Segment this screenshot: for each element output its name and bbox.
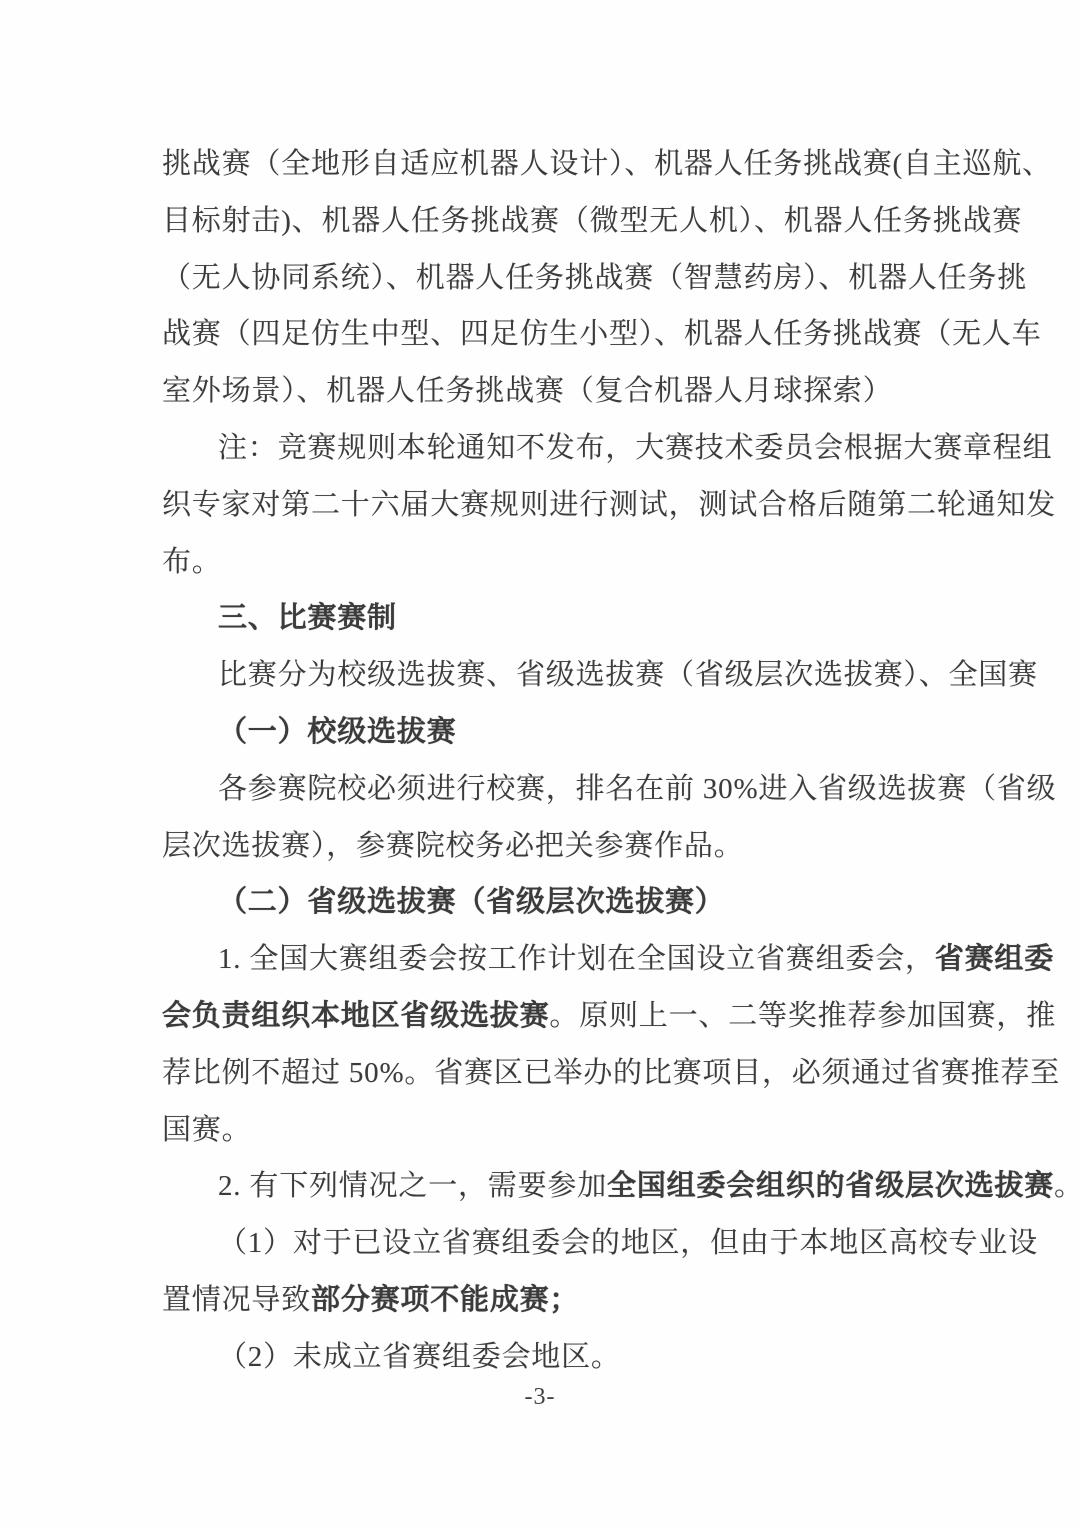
text-segment: 室外场景）、机器人任务挑战赛（复合机器人月球探索） <box>162 375 893 407</box>
text-line: （一）校级选拔赛 <box>162 704 934 761</box>
text-segment: 国赛。 <box>162 1114 251 1146</box>
text-segment-bold: 三、比赛赛制 <box>218 602 397 634</box>
text-segment: 置情况导致 <box>162 1284 311 1316</box>
text-line: 织专家对第二十六届大赛规则进行测试，测试合格后随第二轮通知发 <box>162 477 934 534</box>
text-line: 会负责组织本地区省级选拔赛。原则上一、二等奖推荐参加国赛，推 <box>162 988 934 1045</box>
text-segment: 层次选拔赛），参赛院校务必把关参赛作品。 <box>162 830 744 862</box>
text-line: 层次选拔赛），参赛院校务必把关参赛作品。 <box>162 818 934 875</box>
text-segment: 。原则上一、二等奖推荐参加国赛，推 <box>549 1000 1056 1032</box>
text-segment: 各参赛院校必须进行校赛，排名在前 30%进入省级选拔赛（省级 <box>218 773 1056 805</box>
text-segment: 2. 有下列情况之一，需要参加 <box>218 1170 607 1202</box>
text-segment-bold: 全国组委会组织的省级层次选拔赛 <box>607 1170 1054 1202</box>
text-segment: 织专家对第二十六届大赛规则进行测试，测试合格后随第二轮通知发 <box>162 489 1056 521</box>
text-segment: 比赛分为校级选拔赛、省级选拔赛（省级层次选拔赛）、全国赛 <box>218 659 1038 691</box>
text-line: （2）未成立省赛组委会地区。 <box>162 1329 934 1386</box>
text-line: （二）省级选拔赛（省级层次选拔赛） <box>162 874 934 931</box>
text-line: 1. 全国大赛组委会按工作计划在全国设立省赛组委会，省赛组委 <box>162 931 934 988</box>
text-segment: 目标射击)、机器人任务挑战赛（微型无人机）、机器人任务挑战赛 <box>162 205 1022 237</box>
text-segment: 注：竞赛规则本轮通知不发布，大赛技术委员会根据大赛章程组 <box>218 432 1052 464</box>
text-line: 荐比例不超过 50%。省赛区已举办的比赛项目，必须通过省赛推荐至 <box>162 1045 934 1102</box>
text-line: 置情况导致部分赛项不能成赛； <box>162 1272 934 1329</box>
text-line: 战赛（四足仿生中型、四足仿生小型）、机器人任务挑战赛（无人车 <box>162 306 934 363</box>
text-segment-bold: 部分赛项不能成赛； <box>311 1284 579 1316</box>
text-segment-bold: 会负责组织本地区省级选拔赛 <box>162 1000 549 1032</box>
text-segment: （1）对于已设立省赛组委会的地区，但由于本地区高校专业设 <box>218 1227 1038 1259</box>
text-segment: 。 <box>1054 1170 1080 1202</box>
text-segment: （无人协同系统）、机器人任务挑战赛（智慧药房）、机器人任务挑 <box>162 262 1027 294</box>
page-number: -3- <box>0 1384 1080 1411</box>
document-lines: 挑战赛（全地形自适应机器人设计）、机器人任务挑战赛(自主巡航、目标射击)、机器人… <box>162 136 934 1386</box>
text-segment: （2）未成立省赛组委会地区。 <box>218 1341 621 1373</box>
text-line: 挑战赛（全地形自适应机器人设计）、机器人任务挑战赛(自主巡航、 <box>162 136 934 193</box>
text-line: （无人协同系统）、机器人任务挑战赛（智慧药房）、机器人任务挑 <box>162 250 934 307</box>
text-line: （1）对于已设立省赛组委会的地区，但由于本地区高校专业设 <box>162 1215 934 1272</box>
text-line: 各参赛院校必须进行校赛，排名在前 30%进入省级选拔赛（省级 <box>162 761 934 818</box>
text-segment: 挑战赛（全地形自适应机器人设计）、机器人任务挑战赛(自主巡航、 <box>162 148 1052 180</box>
text-segment-bold: （一）校级选拔赛 <box>218 716 456 748</box>
text-segment: 战赛（四足仿生中型、四足仿生小型）、机器人任务挑战赛（无人车 <box>162 318 1042 350</box>
text-line: 国赛。 <box>162 1102 934 1159</box>
text-line: 目标射击)、机器人任务挑战赛（微型无人机）、机器人任务挑战赛 <box>162 193 934 250</box>
text-segment-bold: 省赛组委 <box>935 943 1054 975</box>
text-segment: 荐比例不超过 50%。省赛区已举办的比赛项目，必须通过省赛推荐至 <box>162 1057 1060 1089</box>
text-segment-bold: （二）省级选拔赛（省级层次选拔赛） <box>218 886 725 918</box>
text-line: 室外场景）、机器人任务挑战赛（复合机器人月球探索） <box>162 363 934 420</box>
document-page: 挑战赛（全地形自适应机器人设计）、机器人任务挑战赛(自主巡航、目标射击)、机器人… <box>0 0 1080 1527</box>
text-line: 2. 有下列情况之一，需要参加全国组委会组织的省级层次选拔赛。 <box>162 1158 934 1215</box>
text-line: 注：竞赛规则本轮通知不发布，大赛技术委员会根据大赛章程组 <box>162 420 934 477</box>
text-segment: 布。 <box>162 546 222 578</box>
text-segment: 1. 全国大赛组委会按工作计划在全国设立省赛组委会， <box>218 943 935 975</box>
text-line: 布。 <box>162 534 934 591</box>
text-line: 三、比赛赛制 <box>162 590 934 647</box>
text-line: 比赛分为校级选拔赛、省级选拔赛（省级层次选拔赛）、全国赛 <box>162 647 934 704</box>
